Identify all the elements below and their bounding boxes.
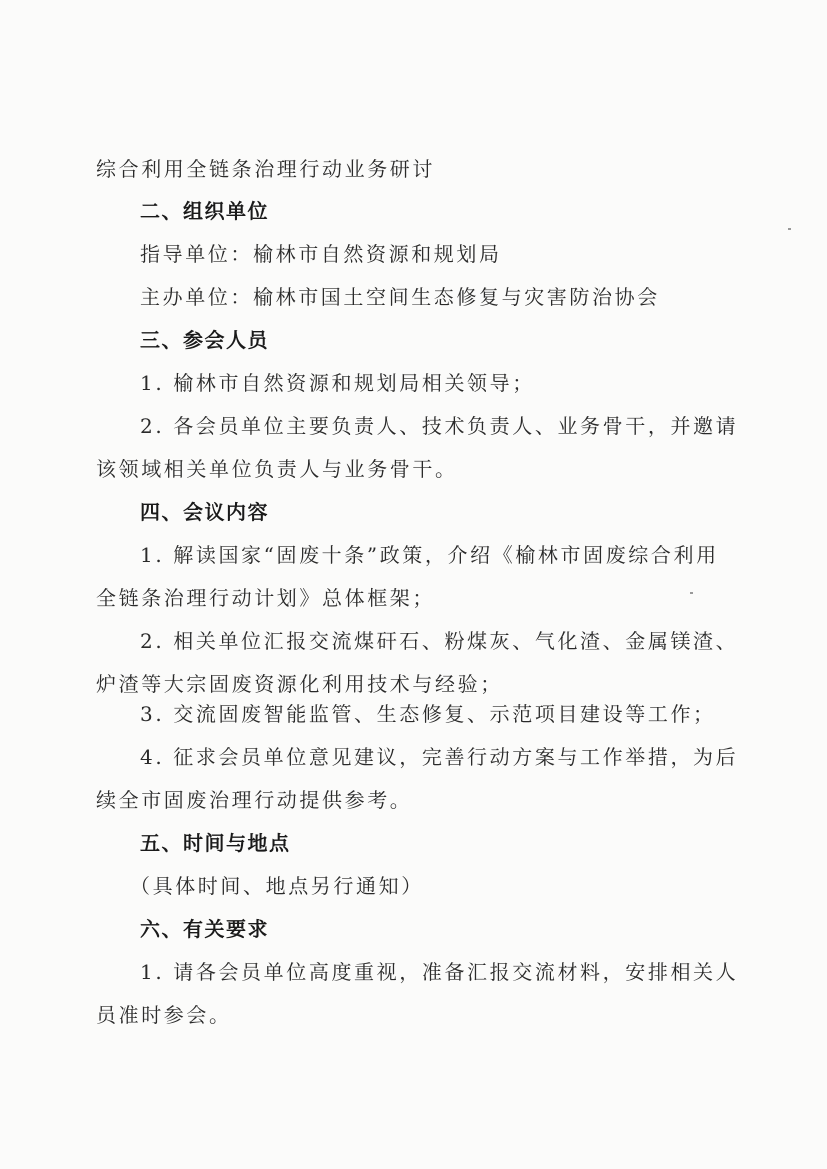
section-heading-time-place: 五、时间与地点 <box>140 829 291 857</box>
section-heading-organizers: 二、组织单位 <box>140 197 269 225</box>
content-item-2: 2. 相关单位汇报交流煤矸石、粉煤灰、气化渣、金属镁渣、 <box>140 627 738 655</box>
guiding-unit-line: 指导单位：榆林市自然资源和规划局 <box>140 240 502 268</box>
attendee-item-2-cont: 该领域相关单位负责人与业务骨干。 <box>96 455 458 483</box>
attendee-item-1: 1. 榆林市自然资源和规划局相关领导； <box>140 369 535 397</box>
scan-speck <box>690 592 693 594</box>
attendee-item-2: 2. 各会员单位主要负责人、技术负责人、业务骨干，并邀请 <box>140 412 738 440</box>
content-item-4-cont: 续全市固废治理行动提供参考。 <box>96 786 412 814</box>
scan-speck <box>788 228 791 230</box>
requirement-item-1-cont: 员准时参会。 <box>96 1001 232 1029</box>
section-heading-attendees: 三、参会人员 <box>140 326 269 354</box>
content-item-4: 4. 征求会员单位意见建议，完善行动方案与工作举措，为后 <box>140 743 738 771</box>
content-item-3: 3. 交流固废智能监管、生态修复、示范项目建设等工作； <box>140 700 716 728</box>
time-place-note: （具体时间、地点另行通知） <box>130 872 424 900</box>
content-item-1-cont: 全链条治理行动计划》总体框架； <box>96 584 435 612</box>
host-unit-line: 主办单位：榆林市国土空间生态修复与灾害防治协会 <box>140 283 660 311</box>
content-item-1: 1. 解读国家“固废十条”政策，介绍《榆林市固废综合利用 <box>140 541 719 569</box>
requirement-item-1: 1. 请各会员单位高度重视，准备汇报交流材料，安排相关人 <box>140 958 738 986</box>
section-heading-requirements: 六、有关要求 <box>140 915 269 943</box>
content-item-2-cont: 炉渣等大宗固废资源化利用技术与经验； <box>96 670 503 698</box>
continuation-line: 综合利用全链条治理行动业务研讨 <box>96 155 435 183</box>
document-page: 综合利用全链条治理行动业务研讨 二、组织单位 指导单位：榆林市自然资源和规划局 … <box>0 0 827 1169</box>
section-heading-content: 四、会议内容 <box>140 498 269 526</box>
